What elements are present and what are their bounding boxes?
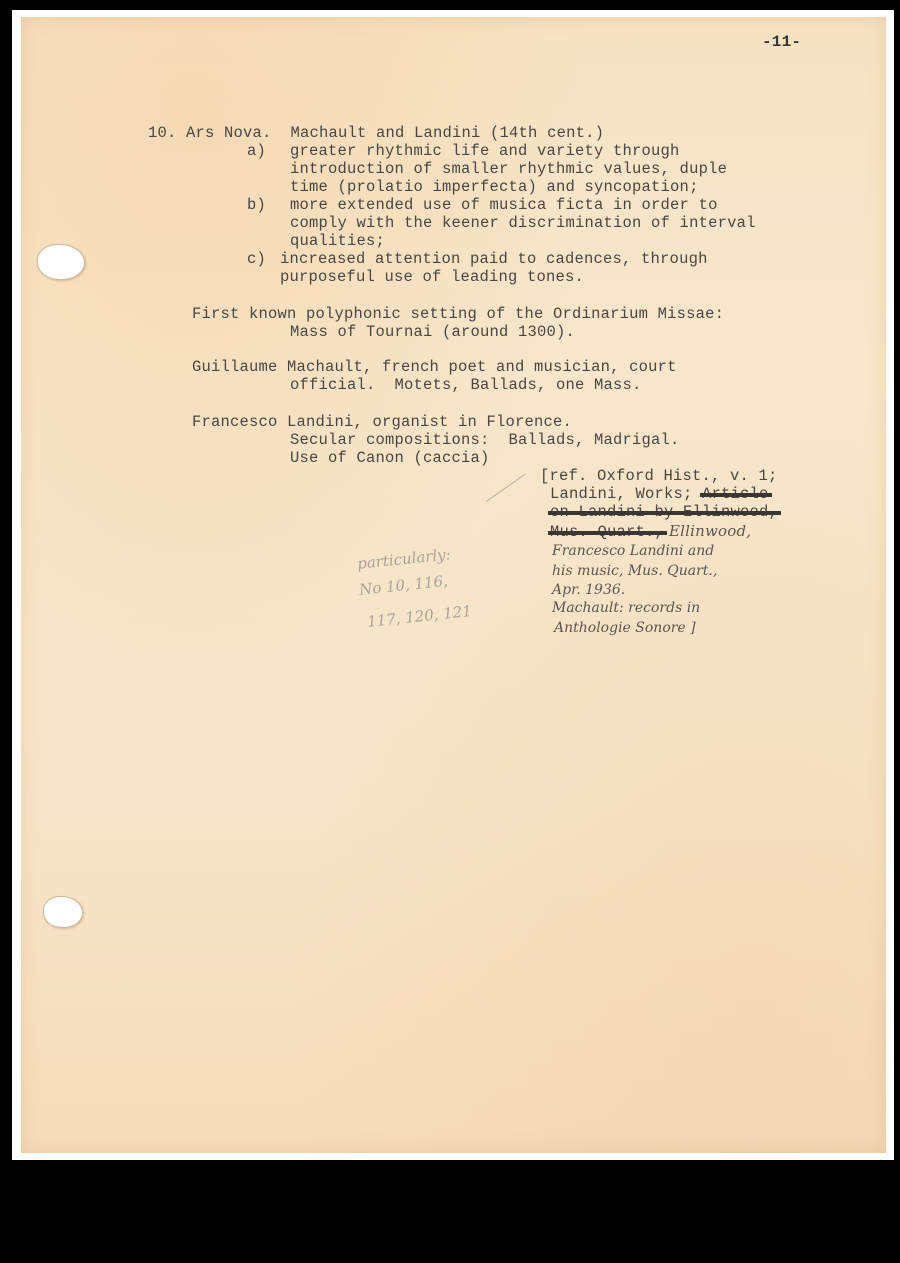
tournai-paragraph-line-1: First known polyphonic setting of the Or… — [192, 305, 724, 323]
punch-hole-top — [37, 244, 85, 280]
item-b-line-1: more extended use of musica ficta in ord… — [290, 196, 718, 214]
reference-line-3: on Landini by Ellinwood, — [550, 503, 778, 521]
landini-paragraph-line-2: Secular compositions: Ballads, Madrigal. — [290, 431, 680, 449]
section-heading: 10. Ars Nova. Machault and Landini (14th… — [148, 124, 604, 142]
tournai-paragraph-line-2: Mass of Tournai (around 1300). — [290, 323, 575, 341]
item-a-line-3: time (prolatio imperfecta) and syncopati… — [290, 178, 699, 196]
struck-text-ellinwood: on Landini by Ellinwood, — [550, 503, 778, 521]
page-number: -11- — [762, 33, 801, 51]
machault-paragraph-line-1: Guillaume Machault, french poet and musi… — [192, 358, 677, 376]
struck-text-article: Article — [702, 485, 769, 503]
item-c-line-1: increased attention paid to cadences, th… — [280, 250, 708, 268]
machault-paragraph-line-2: official. Motets, Ballads, one Mass. — [290, 376, 642, 394]
item-a-line-1: greater rhythmic life and variety throug… — [290, 142, 680, 160]
handwritten-ref-line-2: his music, Mus. Quart., — [552, 561, 717, 581]
reference-line-4: Mus. Quart., Ellinwood, — [550, 521, 751, 541]
reference-line-1: [ref. Oxford Hist., v. 1; — [540, 467, 778, 485]
item-b-line-3: qualities; — [290, 232, 385, 250]
item-c-line-2: purposeful use of leading tones. — [280, 268, 584, 286]
landini-paragraph-line-1: Francesco Landini, organist in Florence. — [192, 413, 572, 431]
handwritten-ref-line-3: Apr. 1936. — [552, 580, 625, 600]
item-c-marker: c) — [247, 250, 266, 268]
item-a-marker: a) — [247, 142, 266, 160]
punch-hole-bottom — [43, 896, 83, 928]
landini-paragraph-line-3: Use of Canon (caccia) — [290, 449, 490, 467]
item-b-line-2: comply with the keener discrimination of… — [290, 214, 756, 232]
reference-line-2: Landini, Works; Article — [550, 485, 769, 503]
struck-text-musquart: Mus. Quart., — [550, 523, 664, 541]
handwritten-ref-line-5: Anthologie Sonore ] — [554, 618, 696, 638]
reference-works: Landini, Works; — [550, 485, 702, 503]
item-a-line-2: introduction of smaller rhythmic values,… — [290, 160, 727, 178]
handwritten-ref-line-4: Machault: records in — [552, 598, 700, 618]
item-b-marker: b) — [247, 196, 266, 214]
handwritten-ref-line-1: Francesco Landini and — [552, 541, 714, 561]
handwritten-ellinwood: Ellinwood, — [664, 522, 751, 540]
